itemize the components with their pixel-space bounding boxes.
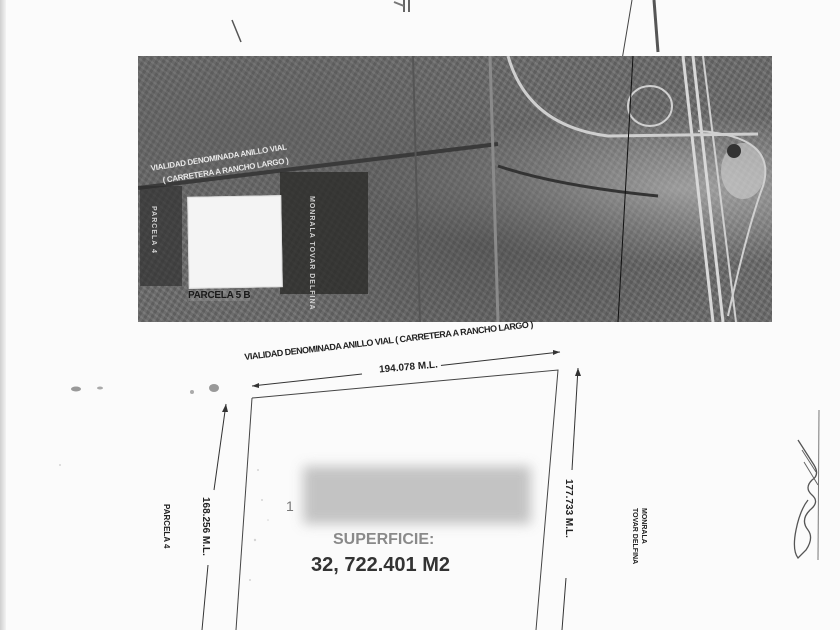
signature-icon bbox=[790, 410, 830, 570]
right-neighbor-line-1: MONRALA bbox=[640, 508, 647, 544]
right-neighbor-label: MONRALA TOVAR DELFINA bbox=[630, 508, 648, 564]
redacted-owner-name bbox=[303, 466, 531, 524]
right-dimension: 177.733 M.L. bbox=[563, 476, 574, 541]
left-dimension: 168.256 M.L. bbox=[200, 494, 211, 559]
area-value: 32, 722.401 M2 bbox=[311, 554, 450, 577]
area-label: SUPERFICIE: bbox=[333, 531, 434, 549]
redacted-fragment: 1 bbox=[286, 498, 294, 514]
left-neighbor-label: PARCELA 4 bbox=[162, 504, 171, 548]
right-neighbor-line-2: TOVAR DELFINA bbox=[631, 508, 638, 564]
